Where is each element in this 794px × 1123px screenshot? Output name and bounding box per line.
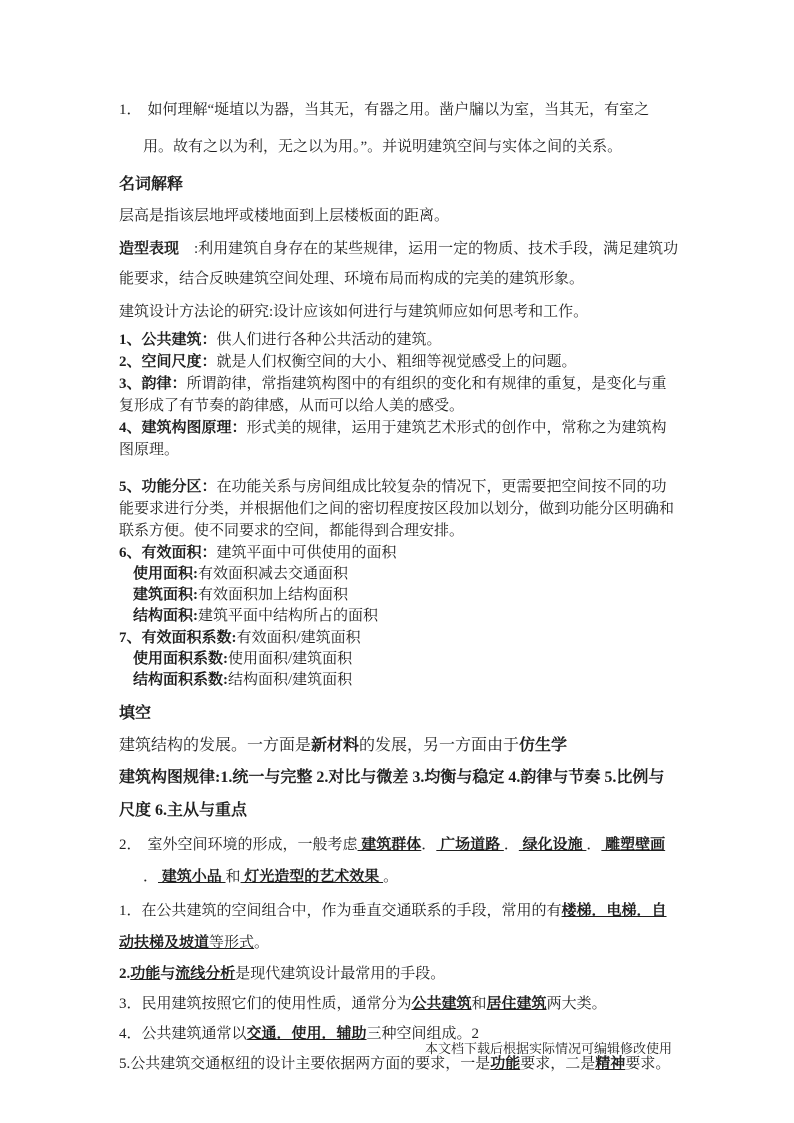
blank-answer: 灯光造型的艺术效果: [241, 869, 384, 885]
list-number: 2．: [119, 837, 148, 853]
term-label: 5、功能分区：: [119, 479, 217, 495]
text-run: 。: [254, 935, 269, 951]
definition-item: 7、有效面积系数:有效面积/建筑面积: [119, 627, 679, 649]
text-run: ．: [586, 837, 601, 853]
term-definition: 供人们进行各种公共活动的建筑。: [217, 332, 442, 348]
fill-item-function-flow: 2.功能与流线分析是现代建筑设计最常用的手段。: [119, 959, 679, 989]
term-label: 7、有效面积系数:: [119, 630, 237, 646]
question-item-1: 1．如何理解“埏埴以为器，当其无，有器之用。凿户牖以为室，当其无，有室之用。故有…: [119, 92, 679, 166]
blank-answer: 建筑群体: [358, 837, 422, 853]
text-run: 4．公共建筑通常以: [119, 1026, 247, 1042]
page-footer-note: 本文档下载后根据实际情况可编辑修改使用: [425, 1041, 672, 1057]
text-run: 5.公共建筑交通枢纽的设计主要依据两方面的要求，一是: [119, 1056, 490, 1072]
text-run: 三种空间组成。2: [367, 1026, 480, 1042]
term-label: 建筑面积:: [133, 587, 198, 603]
definition-subitem: 结构面积系数:结构面积/建筑面积: [133, 670, 679, 691]
term-definition: 建筑平面中可供使用的面积: [217, 545, 397, 561]
section-heading-fill: 填空: [119, 701, 679, 727]
definition-list: 1、公共建筑：供人们进行各种公共活动的建筑。 2、空间尺度：就是人们权衡空间的大…: [119, 329, 679, 691]
blank-answer: 功能: [490, 1056, 520, 1072]
term-label: 造型表现: [119, 241, 179, 257]
text-run: 和: [226, 869, 241, 885]
term-definition: 结构面积/建筑面积: [228, 672, 352, 688]
blank-answer: 居住建筑: [487, 996, 547, 1012]
term-label: 1、公共建筑：: [119, 332, 217, 348]
text-run: 1．在公共建筑的空间组合中，作为垂直交通联系的手段，常用的有: [119, 903, 562, 919]
text-run: 是现代建筑设计最常用的手段。: [235, 966, 445, 982]
term-label: 结构面积系数:: [133, 672, 228, 688]
definition-subitem: 使用面积:有效面积减去交通面积: [133, 564, 679, 585]
document-content: 1．如何理解“埏埴以为器，当其无，有器之用。凿户牖以为室，当其无，有室之用。故有…: [119, 92, 679, 1079]
term-definition: 建筑平面中结构所占的面积: [198, 608, 378, 624]
text-run: 与: [160, 966, 175, 982]
term-label: 3、韵律：: [119, 376, 187, 392]
blank-answer: 建筑小品: [158, 869, 226, 885]
text-run: 要求。: [625, 1056, 670, 1072]
text-run: ．: [504, 837, 519, 853]
text-run: 。: [383, 869, 398, 885]
text-run: 要求，二是: [520, 1056, 595, 1072]
blank-answer: 广场道路: [436, 837, 504, 853]
term-label: 使用面积:: [133, 566, 198, 582]
term-definition: :利用建筑自身存在的某些规律，运用一定的物质、技术手段，满足建筑功能要求，结合反…: [119, 241, 678, 287]
text-run: 和: [472, 996, 487, 1012]
term-label: 使用面积系数:: [133, 651, 228, 667]
definition-item: 4、建筑构图原理：形式美的规律，运用于建筑艺术形式的创作中，常称之为建筑构图原理…: [119, 417, 679, 461]
paragraph-structure: 建筑结构的发展。一方面是新材料的发展，另一方面由于仿生学: [119, 731, 679, 761]
text-run: ．: [143, 869, 158, 885]
list-number: 2.: [119, 966, 130, 982]
term-label: 6、有效面积：: [119, 545, 217, 561]
text-run: 两大类。: [547, 996, 607, 1012]
text-run: 建筑结构的发展。一方面是: [119, 737, 311, 754]
question-text: 如何理解“埏埴以为器，当其无，有器之用。凿户牖以为室，当其无，有室之用。故有之以…: [143, 102, 649, 155]
term-label: 结构面积:: [133, 608, 198, 624]
text-run: 仿生学: [519, 737, 567, 754]
term-definition: 就是人们权衡空间的大小、粗细等视觉感受上的问题。: [217, 354, 577, 370]
definition-item: 5、功能分区：在功能关系与房间组成比较复杂的情况下，更需要把空间按不同的功能要求…: [119, 476, 679, 542]
text-run: 等形式: [209, 935, 254, 951]
term-definition: 所谓韵律，常指建筑构图中的有组织的变化和有规律的重复，是变化与重复形成了有节奏的…: [119, 376, 667, 414]
paragraph-zaoxing: 造型表现 :利用建筑自身存在的某些规律，运用一定的物质、技术手段，满足建筑功能要…: [119, 234, 679, 294]
text-run: 3．民用建筑按照它们的使用性质，通常分为: [119, 996, 412, 1012]
list-number: 1．: [119, 102, 148, 118]
definition-item: 1、公共建筑：供人们进行各种公共活动的建筑。: [119, 329, 679, 351]
blank-answer: 绿化设施: [519, 837, 587, 853]
term-definition: 有效面积加上结构面积: [198, 587, 348, 603]
blank-answer: 交通．使用．辅助: [247, 1026, 367, 1042]
term-label: 4、建筑构图原理：: [119, 420, 247, 436]
text-run: ．: [421, 837, 436, 853]
text-run: 的发展，另一方面由于: [359, 737, 519, 754]
definition-subitem: 使用面积系数:使用面积/建筑面积: [133, 649, 679, 670]
definition-item: 3、韵律：所谓韵律，常指建筑构图中的有组织的变化和有规律的重复，是变化与重复形成…: [119, 373, 679, 417]
text-run: 新材料: [311, 737, 359, 754]
document-page: 1．如何理解“埏埴以为器，当其无，有器之用。凿户牖以为室，当其无，有室之用。故有…: [0, 0, 794, 1123]
section-heading-terms: 名词解释: [119, 172, 679, 198]
term-label: 2、空间尺度：: [119, 354, 217, 370]
definition-item: 6、有效面积：建筑平面中可供使用的面积: [119, 542, 679, 564]
term-definition: 有效面积减去交通面积: [198, 566, 348, 582]
blank-answer: 雕塑壁画: [601, 837, 665, 853]
fill-item-outdoor: 2．室外空间环境的形成，一般考虑 建筑群体． 广场道路 ． 绿化设施 ． 雕塑壁…: [119, 829, 679, 893]
fill-item-civil-buildings: 3．民用建筑按照它们的使用性质，通常分为公共建筑和居住建筑两大类。: [119, 989, 679, 1019]
definition-subitem: 建筑面积:有效面积加上结构面积: [133, 585, 679, 606]
definition-item: 2、空间尺度：就是人们权衡空间的大小、粗细等视觉感受上的问题。: [119, 351, 679, 373]
paragraph-composition-rules: 建筑构图规律:1.统一与完整 2.对比与微差 3.均衡与稳定 4.韵律与节奏 5…: [119, 761, 679, 827]
fill-item-vertical-transport: 1．在公共建筑的空间组合中，作为垂直交通联系的手段，常用的有楼梯．电梯．自动扶梯…: [119, 895, 679, 959]
term-definition: 使用面积/建筑面积: [228, 651, 352, 667]
definition-subitem: 结构面积:建筑平面中结构所占的面积: [133, 606, 679, 627]
blank-answer: 精神: [595, 1056, 625, 1072]
paragraph-cenggao: 层高是指该层地坪或楼地面到上层楼板面的距离。: [119, 201, 679, 231]
text-run: 室外空间环境的形成，一般考虑: [148, 837, 358, 853]
blank-answer: 流线分析: [175, 966, 235, 982]
term-definition: 有效面积/建筑面积: [237, 630, 361, 646]
paragraph-fangfa: 建筑设计方法论的研究:设计应该如何进行与建筑师应如何思考和工作。: [119, 297, 679, 327]
blank-answer: 功能: [130, 966, 160, 982]
blank-answer: 公共建筑: [412, 996, 472, 1012]
